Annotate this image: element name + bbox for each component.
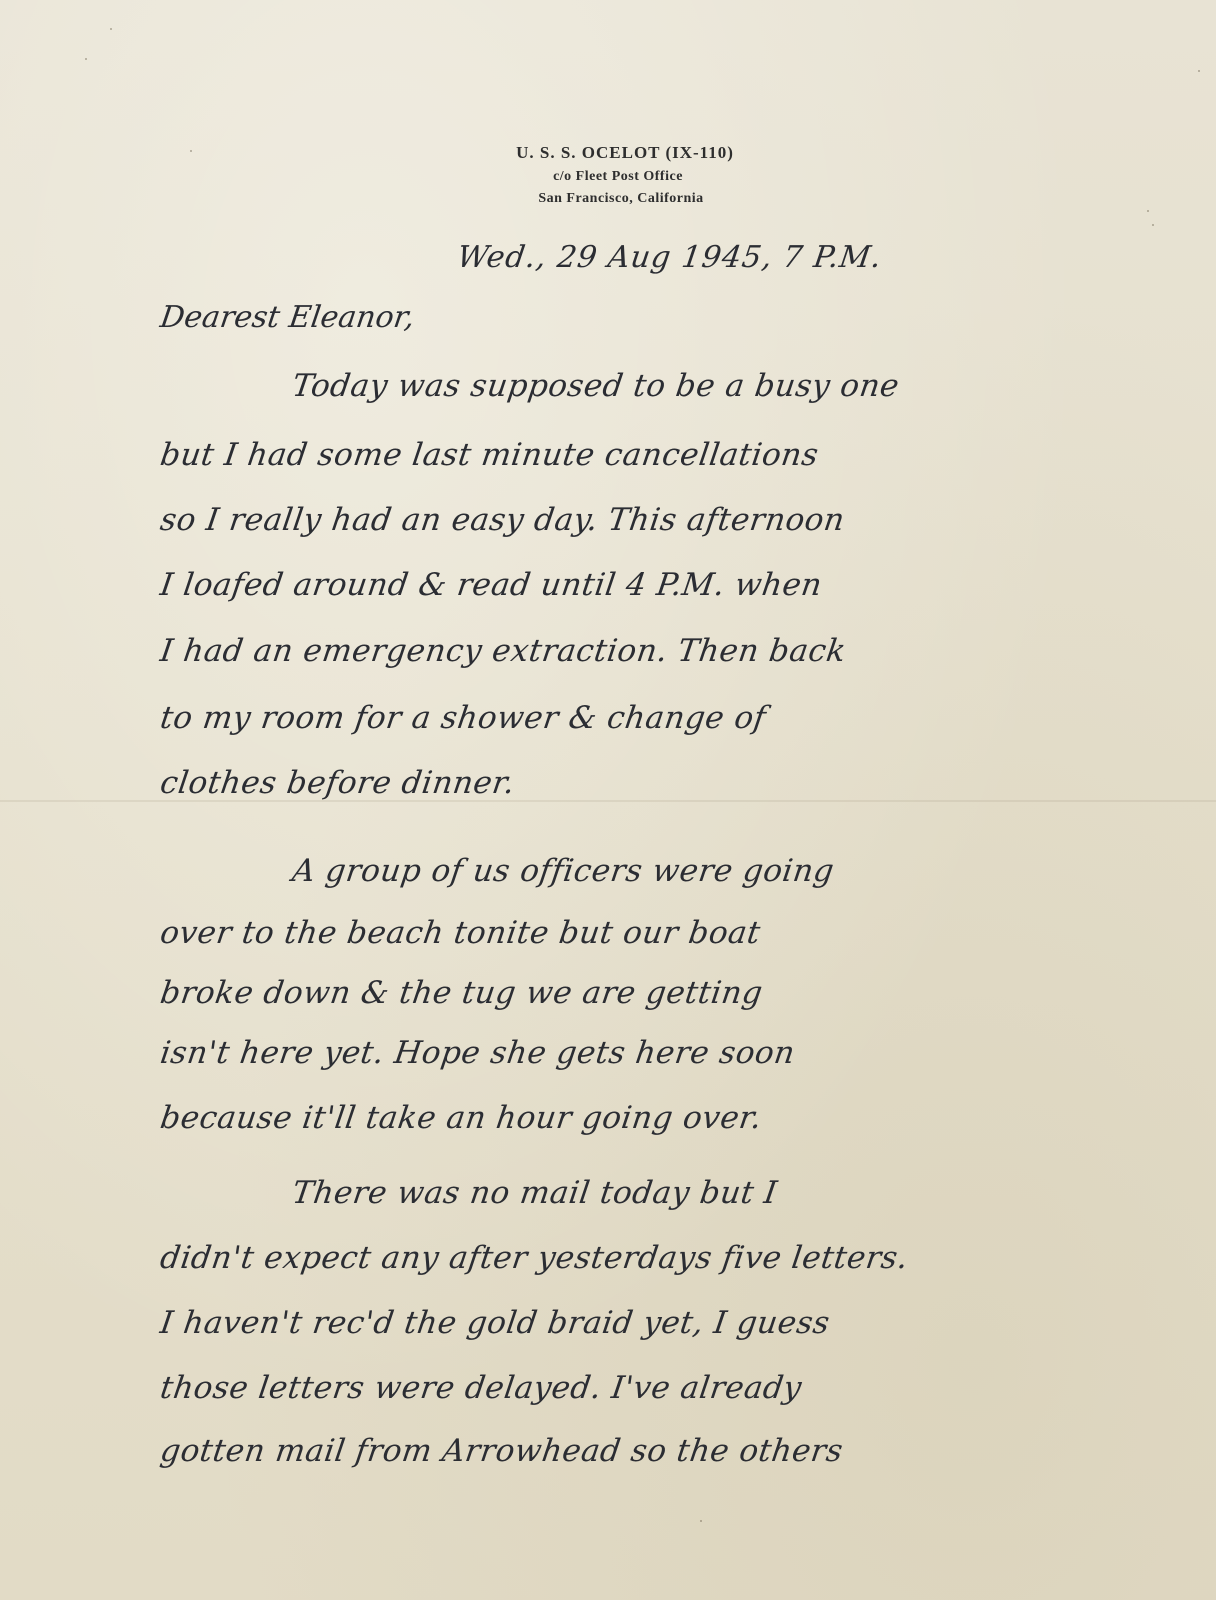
letter-line: I loafed around & read until 4 P.M. when: [158, 567, 824, 603]
letter-line: I haven't rec'd the gold braid yet, I gu…: [158, 1305, 832, 1341]
letter-line: A group of us officers were going: [290, 853, 836, 889]
paper-speck: [190, 150, 192, 152]
letter-line: over to the beach tonite but our boat: [158, 915, 763, 951]
letter-line: There was no mail today but I: [290, 1175, 780, 1211]
letterhead-care-of: c/o Fleet Post Office: [20, 169, 1216, 185]
letter-page: U. S. S. OCELOT (IX-110) c/o Fleet Post …: [0, 0, 1216, 1600]
letter-line: broke down & the tug we are getting: [158, 975, 765, 1011]
date-line: Wed., 29 Aug 1945, 7 P.M.: [455, 240, 884, 275]
letterhead-city: San Francisco, California: [26, 191, 1216, 207]
paper-speck: [1198, 70, 1200, 72]
letterhead: U. S. S. OCELOT (IX-110) c/o Fleet Post …: [0, 143, 1216, 207]
letter-line: because it'll take an hour going over.: [158, 1100, 764, 1136]
paper-speck: [1152, 224, 1154, 226]
letter-line: isn't here yet. Hope she gets here soon: [158, 1035, 797, 1071]
letterhead-ship-name: U. S. S. OCELOT (IX-110): [34, 143, 1216, 163]
letter-line: so I really had an easy day. This aftern…: [158, 502, 847, 538]
salutation: Dearest Eleanor,: [158, 300, 417, 335]
paper-speck: [85, 58, 87, 60]
letter-line: Today was supposed to be a busy one: [290, 368, 902, 404]
paper-speck: [1147, 210, 1149, 212]
letter-line: clothes before dinner.: [158, 765, 517, 801]
letter-line: didn't expect any after yesterdays five …: [158, 1240, 911, 1276]
letter-line: I had an emergency extraction. Then back: [158, 633, 848, 669]
letter-line: those letters were delayed. I've already: [158, 1370, 804, 1406]
letter-line: but I had some last minute cancellations: [158, 437, 821, 473]
paper-speck: [110, 28, 112, 30]
letter-line: gotten mail from Arrowhead so the others: [158, 1433, 845, 1469]
letter-line: to my room for a shower & change of: [158, 700, 768, 736]
paper-speck: [700, 1520, 702, 1522]
